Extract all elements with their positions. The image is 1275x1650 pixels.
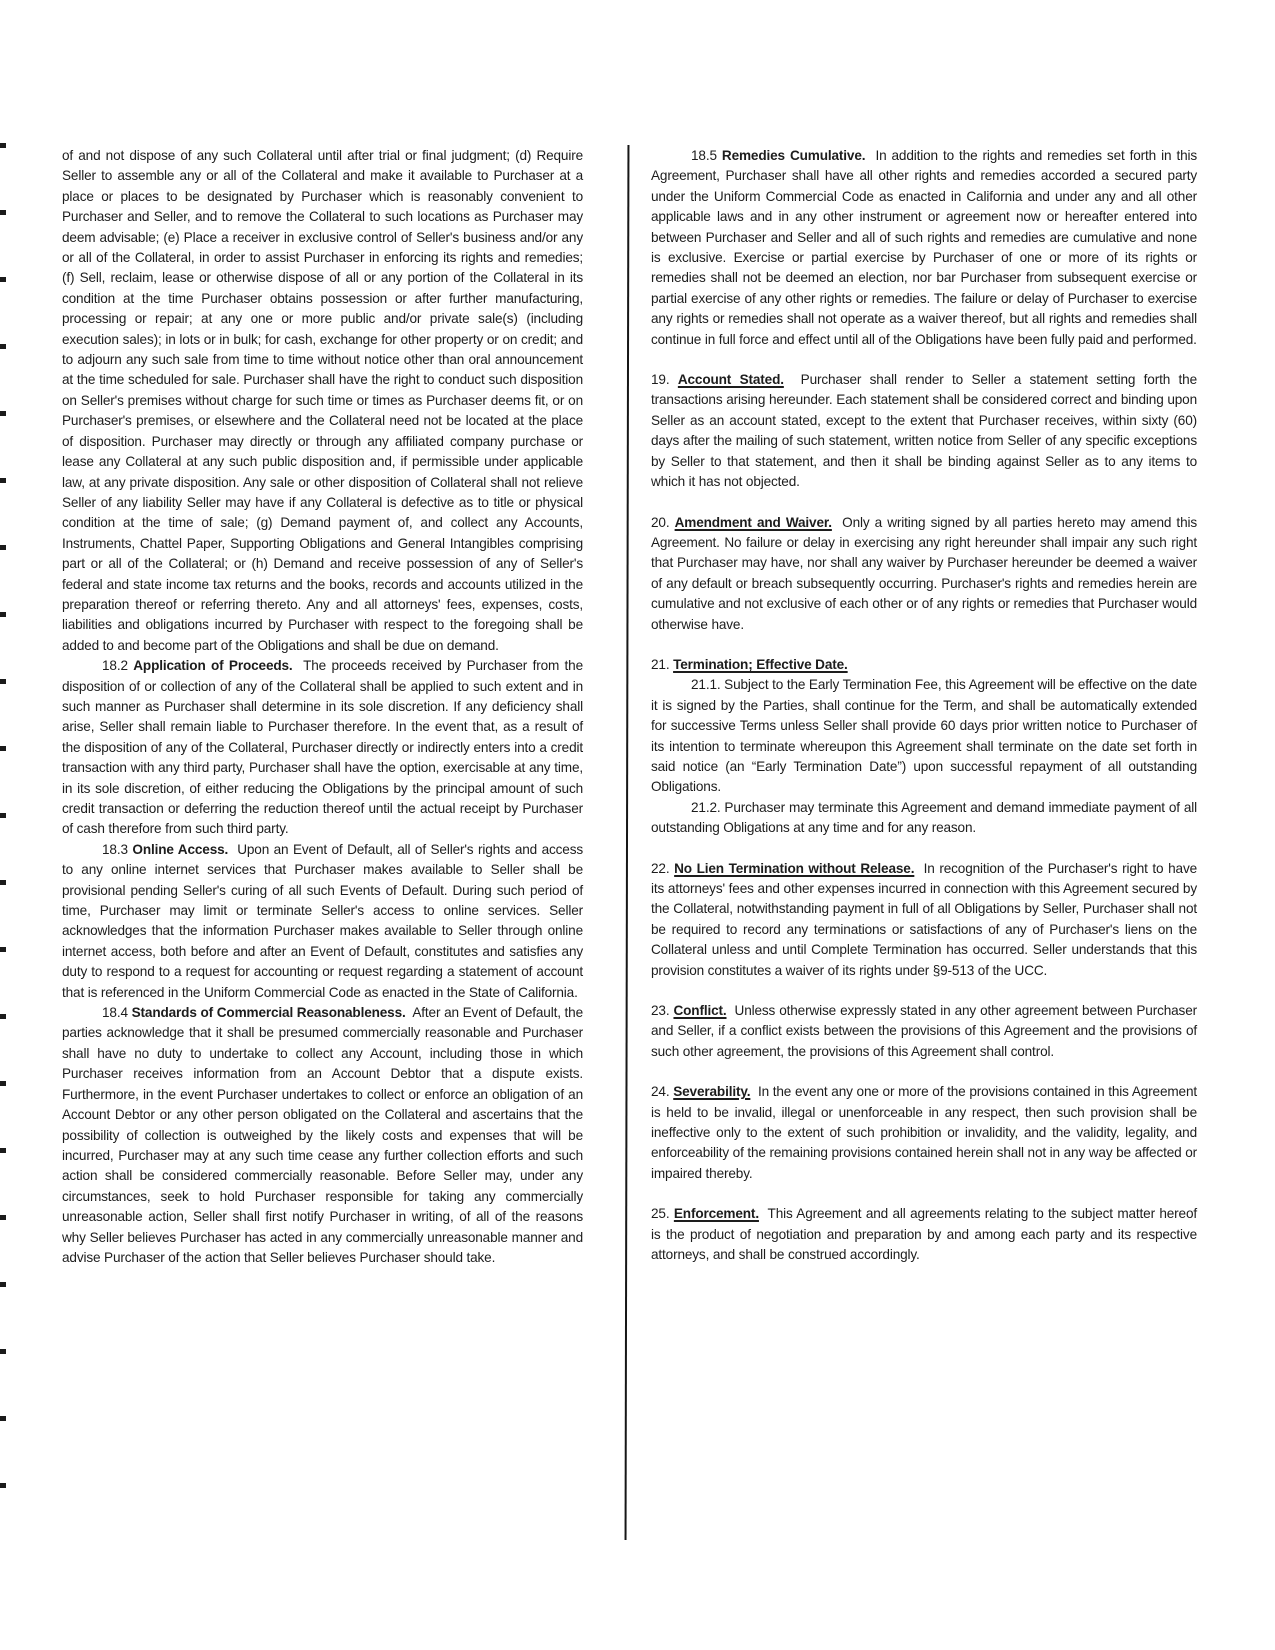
section-number: 22. — [651, 861, 674, 876]
section-heading: Termination; Effective Date. — [673, 657, 848, 672]
paragraph-18.3: 18.3 Online Access. Upon an Event of Def… — [62, 840, 583, 1003]
paragraph-25: 25. Enforcement. This Agreement and all … — [651, 1204, 1197, 1265]
scan-edge-artifact-marks — [0, 143, 6, 1545]
paragraph-21.2: 21.2. Purchaser may terminate this Agree… — [651, 798, 1197, 839]
section-heading: Account Stated. — [678, 372, 784, 387]
section-heading: Online Access. — [132, 842, 228, 857]
paragraph-18.2: 18.2 Application of Proceeds. The procee… — [62, 656, 583, 840]
column-divider-rule — [625, 145, 630, 1540]
paragraph-20: 20. Amendment and Waiver. Only a writing… — [651, 513, 1197, 635]
paragraph-21: 21. Termination; Effective Date. — [651, 655, 1197, 675]
section-number: 18.2 — [102, 658, 133, 673]
paragraph-19: 19. Account Stated. Purchaser shall rend… — [651, 370, 1197, 492]
section-heading: Enforcement. — [674, 1206, 759, 1221]
paragraph-18.5: 18.5 Remedies Cumulative. In addition to… — [651, 146, 1197, 350]
section-number: 23. — [651, 1003, 673, 1018]
right-text-column: 18.5 Remedies Cumulative. In addition to… — [651, 146, 1197, 1266]
section-number: 25. — [651, 1206, 674, 1221]
paragraph-22: 22. No Lien Termination without Release.… — [651, 859, 1197, 981]
section-number: 18.3 — [102, 842, 132, 857]
section-heading: Severability. — [673, 1084, 750, 1099]
section-heading: Amendment and Waiver. — [675, 515, 832, 530]
scanned-agreement-page: of and not dispose of any such Collatera… — [0, 0, 1275, 1650]
section-number: 21.1. — [691, 677, 724, 692]
section-heading: No Lien Termination without Release. — [674, 861, 914, 876]
left-text-column: of and not dispose of any such Collatera… — [62, 146, 583, 1268]
paragraph-23: 23. Conflict. Unless otherwise expressly… — [651, 1001, 1197, 1062]
section-number: 18.5 — [691, 148, 722, 163]
section-heading: Application of Proceeds. — [133, 658, 292, 673]
section-number: 19. — [651, 372, 678, 387]
paragraph-18.4: 18.4 Standards of Commercial Reasonablen… — [62, 1003, 583, 1268]
paragraph-21.1: 21.1. Subject to the Early Termination F… — [651, 675, 1197, 797]
section-number: 18.4 — [102, 1005, 132, 1020]
section-heading: Standards of Commercial Reasonableness. — [132, 1005, 406, 1020]
section-number: 20. — [651, 515, 675, 530]
section-number: 21.2. — [691, 800, 724, 815]
paragraph-body: of and not dispose of any such Collatera… — [62, 146, 583, 656]
paragraph-24: 24. Severability. In the event any one o… — [651, 1082, 1197, 1184]
section-heading: Conflict. — [673, 1003, 726, 1018]
section-heading: Remedies Cumulative. — [722, 148, 865, 163]
section-number: 21. — [651, 657, 673, 672]
section-number: 24. — [651, 1084, 673, 1099]
